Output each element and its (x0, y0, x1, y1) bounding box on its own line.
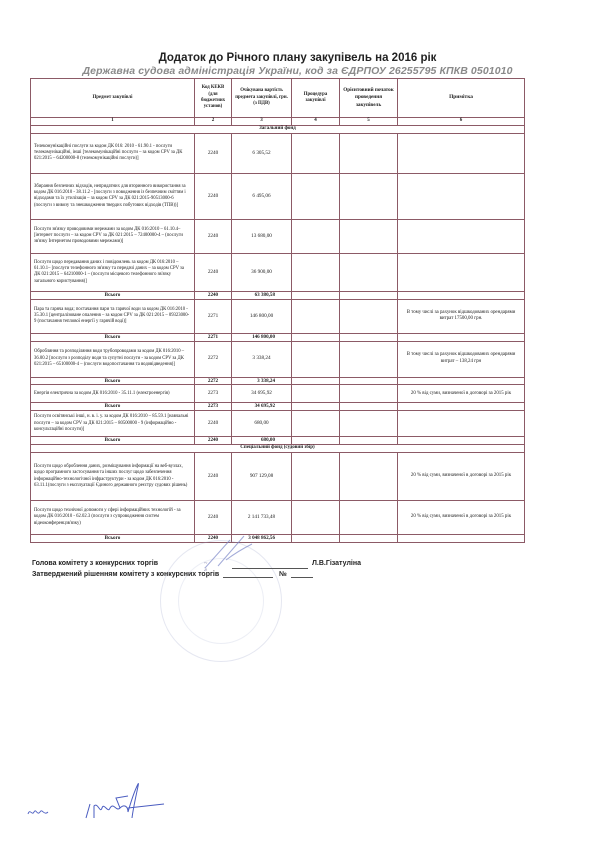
col-header-kekv: Код КЕКВ (для бюджетних установ) (195, 79, 232, 118)
empty-cell (398, 333, 525, 341)
procurement-subject: Енергія електрична за кодом ДК 016:2010 … (31, 385, 195, 403)
empty-cell (340, 291, 398, 299)
total-row: Всього22723 338,24 (31, 377, 525, 385)
procurement-subject: Обробляння та розподіляння води трубопро… (31, 341, 195, 377)
kekv-code: 2240 (195, 453, 232, 501)
empty-cell (340, 377, 398, 385)
note: 20 % від суми, визначеної в договорі за … (398, 501, 525, 535)
total-label: Всього (31, 535, 195, 543)
procurement-subject: Послуги щодо передавання даних і повідом… (31, 253, 195, 291)
procurement-procedure (292, 133, 340, 173)
col-header-note: Примітка (398, 79, 525, 118)
total-kekv: 2272 (195, 377, 232, 385)
procurement-procedure (292, 453, 340, 501)
approval-number-label: № (279, 571, 287, 578)
procurement-subject: Телекомунікаційні послуги за кодом ДК 01… (31, 133, 195, 173)
empty-cell (340, 437, 398, 445)
table-row: Енергія електрична за кодом ДК 016:2010 … (31, 385, 525, 403)
col-number: 3 (232, 118, 292, 126)
empty-cell (292, 333, 340, 341)
total-row: Всього227334 695,92 (31, 403, 525, 411)
procurement-procedure (292, 411, 340, 437)
procurement-start (340, 219, 398, 253)
expected-cost: 6 305,52 (232, 133, 292, 173)
expected-cost: 6 495,06 (232, 173, 292, 219)
procurement-procedure (292, 219, 340, 253)
total-row: Всього224063 380,58 (31, 291, 525, 299)
table-row: Пара та гаряча вода; постачання пари та … (31, 299, 525, 333)
empty-cell (398, 535, 525, 543)
kekv-code: 2273 (195, 385, 232, 403)
procurement-start (340, 501, 398, 535)
table-row: Послуги щодо технічної допомоги у сфері … (31, 501, 525, 535)
empty-cell (292, 377, 340, 385)
table-row: Телекомунікаційні послуги за кодом ДК 01… (31, 133, 525, 173)
procurement-start (340, 385, 398, 403)
procurement-start (340, 299, 398, 333)
kekv-code: 2240 (195, 173, 232, 219)
table-row: Послуги щодо оброблення даних, розміщува… (31, 453, 525, 501)
procurement-start (340, 133, 398, 173)
col-header-start: Орієнтовний початок проведення закупівел… (340, 79, 398, 118)
total-kekv: 2271 (195, 333, 232, 341)
procurement-table: Предмет закупівлі Код КЕКВ (для бюджетни… (30, 78, 525, 543)
empty-cell (398, 437, 525, 445)
col-header-cost: Очікувана вартість предмета закупівлі, г… (232, 79, 292, 118)
table-row: Обробляння та розподіляння води трубопро… (31, 341, 525, 377)
total-label: Всього (31, 333, 195, 341)
total-kekv: 2273 (195, 403, 232, 411)
approval-line: Затверджений рішенням комітету з конкурс… (32, 570, 313, 578)
kekv-code: 2272 (195, 341, 232, 377)
empty-cell (340, 403, 398, 411)
total-row: Всього2240680,00 (31, 437, 525, 445)
document-title: Додаток до Річного плану закупівель на 2… (0, 52, 595, 64)
note: В тому числі за рахунок відшкодованих ор… (398, 299, 525, 333)
approval-label: Затверджений рішенням комітету з конкурс… (32, 571, 219, 578)
procurement-start (340, 173, 398, 219)
chair-name: Л.В.Гізатуліна (312, 560, 361, 567)
col-number: 6 (398, 118, 525, 126)
kekv-code: 2240 (195, 219, 232, 253)
table-row: Послуги освітянські інші, н. в. і. у. за… (31, 411, 525, 437)
procurement-start (340, 253, 398, 291)
kekv-code: 2271 (195, 299, 232, 333)
procurement-subject: Послуги зв'язку проводовими мережами за … (31, 219, 195, 253)
section-title: Загальний фонд (31, 125, 525, 133)
col-header-subject: Предмет закупівлі (31, 79, 195, 118)
note (398, 219, 525, 253)
total-kekv: 2240 (195, 437, 232, 445)
col-number: 5 (340, 118, 398, 126)
section-header-row: Спеціальний фонд (судовий збір) (31, 445, 525, 453)
total-row: Всього2271146 800,00 (31, 333, 525, 341)
expected-cost: 146 800,00 (232, 299, 292, 333)
chair-label: Голова комітету з конкурсних торгів (32, 560, 158, 567)
kekv-code: 2240 (195, 133, 232, 173)
empty-cell (398, 291, 525, 299)
procurement-procedure (292, 385, 340, 403)
procurement-procedure (292, 253, 340, 291)
note: 20 % від суми, визначеної в договорі за … (398, 453, 525, 501)
note (398, 173, 525, 219)
table-row: Послуги зв'язку проводовими мережами за … (31, 219, 525, 253)
total-label: Всього (31, 403, 195, 411)
chair-signature-scribble (200, 530, 260, 572)
empty-cell (292, 291, 340, 299)
kekv-code: 2240 (195, 411, 232, 437)
chair-signature-line: Голова комітету з конкурсних торгів ~ ≥ … (32, 560, 158, 567)
empty-cell (340, 535, 398, 543)
kekv-code: 2240 (195, 253, 232, 291)
procurement-procedure (292, 173, 340, 219)
note (398, 411, 525, 437)
empty-cell (398, 377, 525, 385)
table-body: Загальний фондТелекомунікаційні послуги … (31, 125, 525, 542)
header-row: Предмет закупівлі Код КЕКВ (для бюджетни… (31, 79, 525, 118)
empty-cell (340, 333, 398, 341)
table-row: Збирання безпечних відходів, непридатних… (31, 173, 525, 219)
note: В тому числі за рахунок відшкодованих ор… (398, 341, 525, 377)
procurement-subject: Послуги щодо технічної допомоги у сфері … (31, 501, 195, 535)
approval-number-field (291, 570, 313, 578)
col-number: 1 (31, 118, 195, 126)
note (398, 133, 525, 173)
expected-cost: 680,00 (232, 411, 292, 437)
procurement-subject: Збирання безпечних відходів, непридатних… (31, 173, 195, 219)
section-title: Спеціальний фонд (судовий збір) (31, 445, 525, 453)
procurement-start (340, 453, 398, 501)
col-number: 2 (195, 118, 232, 126)
total-cost: 146 800,00 (232, 333, 292, 341)
total-label: Всього (31, 437, 195, 445)
note: 20 % від суми, визначеної в договорі за … (398, 385, 525, 403)
procurement-subject: Послуги щодо оброблення даних, розміщува… (31, 453, 195, 501)
empty-cell (292, 535, 340, 543)
total-kekv: 2240 (195, 291, 232, 299)
total-label: Всього (31, 377, 195, 385)
expected-cost: 13 680,00 (232, 219, 292, 253)
procurement-procedure (292, 299, 340, 333)
col-number: 4 (292, 118, 340, 126)
column-number-row: 1 2 3 4 5 6 (31, 118, 525, 126)
empty-cell (398, 403, 525, 411)
procurement-procedure (292, 341, 340, 377)
procurement-procedure (292, 501, 340, 535)
total-label: Всього (31, 291, 195, 299)
expected-cost: 3 338,24 (232, 341, 292, 377)
section-header-row: Загальний фонд (31, 125, 525, 133)
procurement-subject: Пара та гаряча вода; постачання пари та … (31, 299, 195, 333)
total-cost: 63 380,58 (232, 291, 292, 299)
col-header-procedure: Процедура закупівлі (292, 79, 340, 118)
procurement-subject: Послуги освітянські інші, н. в. і. у. за… (31, 411, 195, 437)
document-subtitle: Державна судова адміністрація України, к… (0, 65, 595, 77)
total-cost: 680,00 (232, 437, 292, 445)
procurement-start (340, 341, 398, 377)
procurement-start (340, 411, 398, 437)
handwritten-signature-icon (24, 778, 174, 828)
expected-cost: 907 129,08 (232, 453, 292, 501)
table-row: Послуги щодо передавання даних і повідом… (31, 253, 525, 291)
note (398, 253, 525, 291)
total-cost: 3 338,24 (232, 377, 292, 385)
expected-cost: 36 900,00 (232, 253, 292, 291)
total-cost: 34 695,92 (232, 403, 292, 411)
total-row: Всього22403 048 862,56 (31, 535, 525, 543)
empty-cell (292, 403, 340, 411)
expected-cost: 34 695,92 (232, 385, 292, 403)
empty-cell (292, 437, 340, 445)
